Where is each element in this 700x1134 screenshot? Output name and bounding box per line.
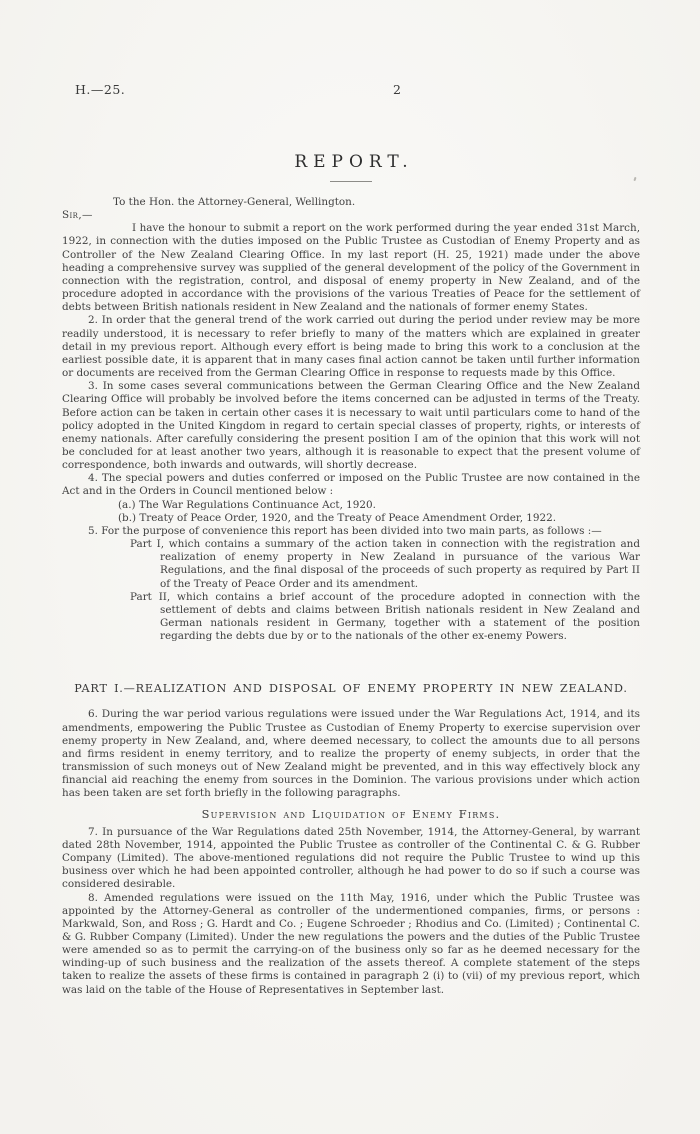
paragraph-4-intro: 4. The special powers and duties conferr… — [62, 472, 640, 498]
paragraph-2: 2. In order that the general trend of th… — [62, 314, 640, 380]
scanned-report-page: H.—25. 2 REPORT. To the Hon. the Attorne… — [0, 0, 700, 1134]
part-1-section-heading: PART I.—REALIZATION AND DISPOSAL OF ENEM… — [62, 682, 640, 695]
paragraph-5-part-2: Part II, which contains a brief account … — [160, 591, 640, 644]
salutation-line: Sir,— — [62, 209, 640, 222]
title-block: REPORT. — [62, 152, 640, 182]
page-header: H.—25. 2 — [0, 82, 700, 98]
paragraph-5-part-1: Part I, which contains a summary of the … — [160, 538, 640, 591]
paragraph-5-intro: 5. For the purpose of convenience this r… — [62, 525, 640, 538]
document-reference: H.—25. — [75, 82, 125, 97]
paragraph-4-item-a: (a.) The War Regulations Continuance Act… — [118, 499, 640, 512]
paragraph-1: I have the honour to submit a report on … — [62, 222, 640, 314]
supervision-sub-heading: Supervision and Liquidation of Enemy Fir… — [62, 808, 640, 821]
addressee-line: To the Hon. the Attorney-General, Wellin… — [62, 196, 640, 209]
title-rule-divider — [330, 181, 372, 182]
report-body: To the Hon. the Attorney-General, Wellin… — [62, 196, 640, 997]
paragraph-4-item-b: (b.) Treaty of Peace Order, 1920, and th… — [118, 512, 640, 525]
report-title: REPORT. — [62, 152, 640, 172]
paragraph-6: 6. During the war period various regulat… — [62, 708, 640, 800]
paragraph-7: 7. In pursuance of the War Regulations d… — [62, 826, 640, 892]
paragraph-8: 8. Amended regulations were issued on th… — [62, 892, 640, 997]
paragraph-3: 3. In some cases several communications … — [62, 380, 640, 472]
page-number: 2 — [393, 82, 401, 97]
